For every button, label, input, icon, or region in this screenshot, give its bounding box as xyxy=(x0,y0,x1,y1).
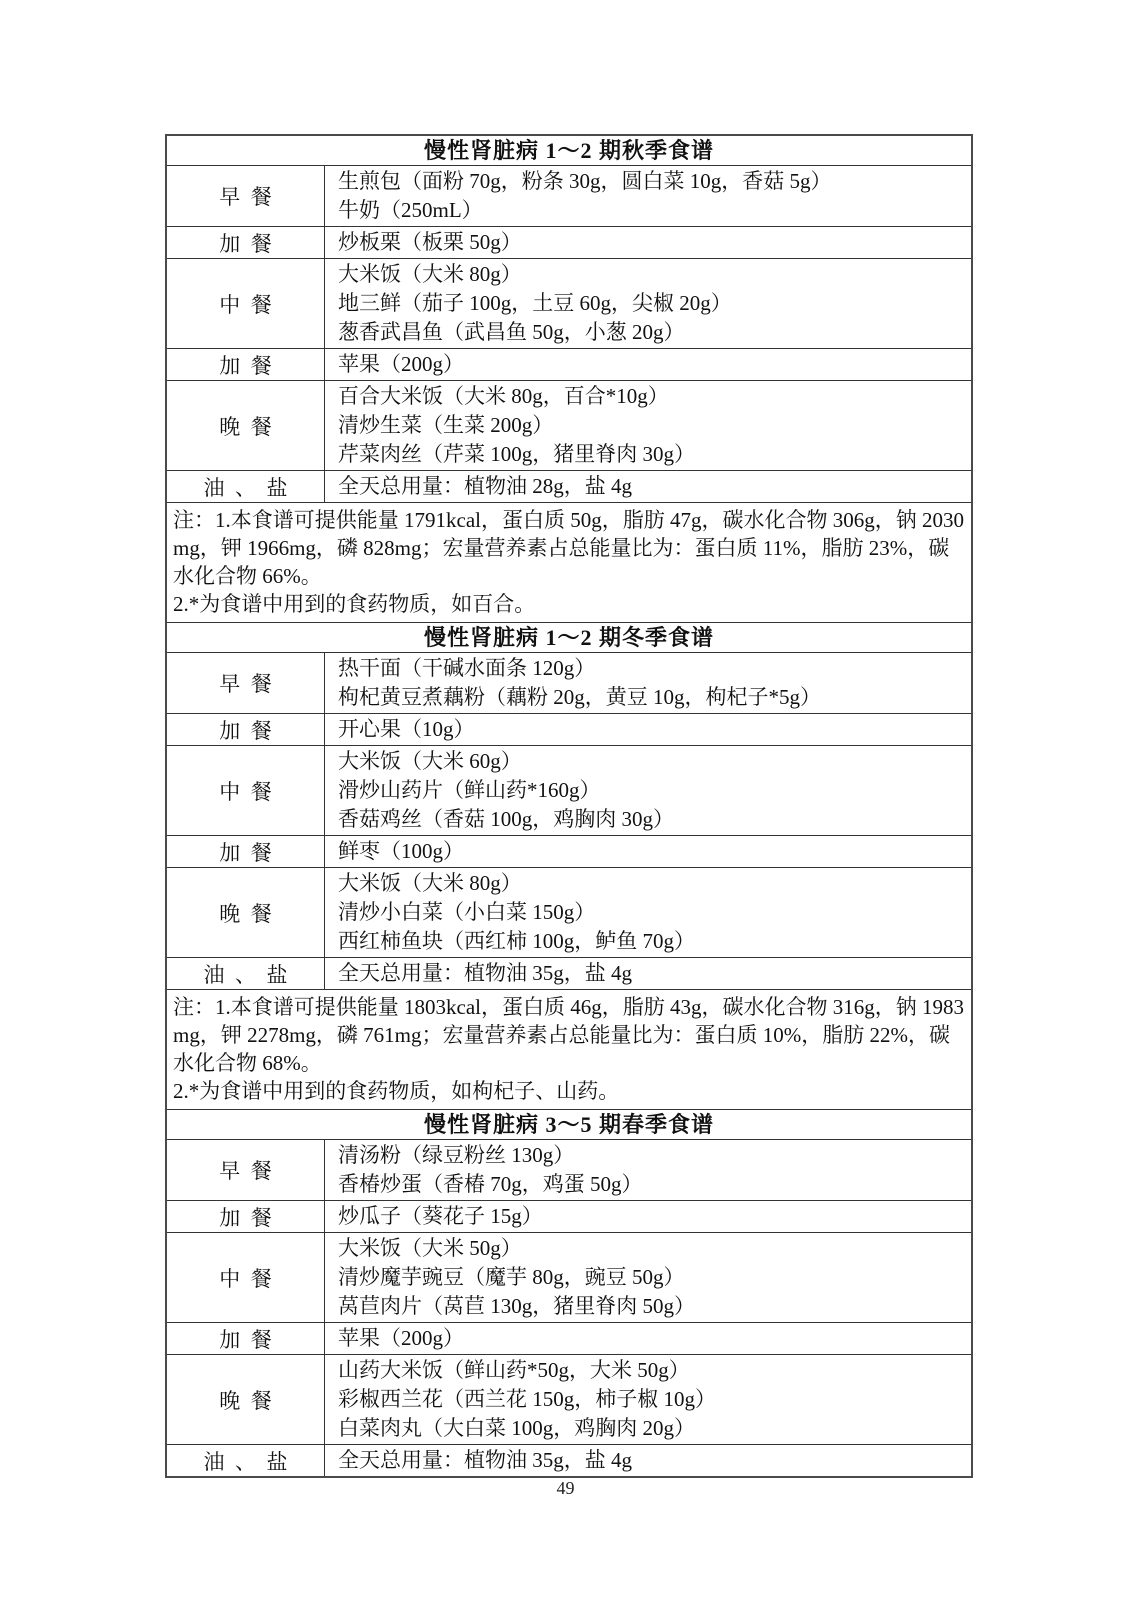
meal-label-cell: 加餐 xyxy=(167,227,325,258)
meal-items-cell: 苹果（200g） xyxy=(325,1323,971,1354)
meal-row: 加餐 鲜枣（100g） xyxy=(167,836,971,868)
meal-item: 大米饭（大米 80g） xyxy=(338,260,963,289)
meal-label: 油、盐 xyxy=(193,1446,298,1476)
meal-items-cell: 山药大米饭（鲜山药*50g，大米 50g）彩椒西兰花（西兰花 150g，柿子椒 … xyxy=(325,1355,971,1444)
meal-label: 晚餐 xyxy=(209,1385,283,1415)
meal-label: 加餐 xyxy=(209,837,283,867)
meal-item: 大米饭（大米 60g） xyxy=(338,747,963,776)
notes-cell: 注：1.本食谱可提供能量 1803kcal，蛋白质 46g，脂肪 43g，碳水化… xyxy=(167,990,971,1110)
meal-items-cell: 鲜枣（100g） xyxy=(325,836,971,867)
meal-label-cell: 加餐 xyxy=(167,836,325,867)
meal-item: 全天总用量：植物油 35g，盐 4g xyxy=(338,1446,963,1475)
meal-item: 开心果（10g） xyxy=(338,715,963,744)
meal-row: 加餐 炒板栗（板栗 50g） xyxy=(167,227,971,259)
meal-item: 清炒生菜（生菜 200g） xyxy=(338,411,963,440)
meal-table: 慢性肾脏病 1～2 期秋季食谱 早餐 生煎包（面粉 70g，粉条 30g，圆白菜… xyxy=(167,136,971,623)
document-page: 慢性肾脏病 1～2 期秋季食谱 早餐 生煎包（面粉 70g，粉条 30g，圆白菜… xyxy=(0,0,1131,1600)
meal-item: 鲜枣（100g） xyxy=(338,837,963,866)
meal-items-cell: 热干面（干碱水面条 120g）枸杞黄豆煮藕粉（藕粉 20g，黄豆 10g，枸杞子… xyxy=(325,653,971,713)
meal-items-cell: 炒板栗（板栗 50g） xyxy=(325,227,971,258)
meal-label-cell: 中餐 xyxy=(167,1233,325,1322)
meal-item: 葱香武昌鱼（武昌鱼 50g，小葱 20g） xyxy=(338,318,963,347)
meal-label-cell: 加餐 xyxy=(167,1201,325,1232)
meal-label: 早餐 xyxy=(209,668,283,698)
meal-item: 热干面（干碱水面条 120g） xyxy=(338,654,963,683)
meal-row: 早餐 生煎包（面粉 70g，粉条 30g，圆白菜 10g，香菇 5g）牛奶（25… xyxy=(167,166,971,227)
meal-item: 全天总用量：植物油 35g，盐 4g xyxy=(338,959,963,988)
meal-label: 加餐 xyxy=(209,228,283,258)
meal-label-cell: 晚餐 xyxy=(167,381,325,470)
meal-label-cell: 晚餐 xyxy=(167,1355,325,1444)
diet-tables-document: 慢性肾脏病 1～2 期秋季食谱 早餐 生煎包（面粉 70g，粉条 30g，圆白菜… xyxy=(165,134,973,1478)
meal-label-cell: 早餐 xyxy=(167,653,325,713)
meal-item: 香菇鸡丝（香菇 100g，鸡胸肉 30g） xyxy=(338,805,963,834)
meal-row: 油、盐 全天总用量：植物油 28g，盐 4g xyxy=(167,471,971,503)
meal-item: 白菜肉丸（大白菜 100g，鸡胸肉 20g） xyxy=(338,1414,963,1443)
meal-label: 加餐 xyxy=(209,1202,283,1232)
meal-row: 加餐 苹果（200g） xyxy=(167,349,971,381)
table-title: 慢性肾脏病 3～5 期春季食谱 xyxy=(167,1110,971,1140)
meal-row: 中餐 大米饭（大米 60g）滑炒山药片（鲜山药*160g）香菇鸡丝（香菇 100… xyxy=(167,746,971,836)
meal-label-cell: 早餐 xyxy=(167,1140,325,1200)
meal-label: 油、盐 xyxy=(193,472,298,502)
meal-item: 炒瓜子（葵花子 15g） xyxy=(338,1202,963,1231)
meal-item: 苹果（200g） xyxy=(338,1324,963,1353)
meal-items-cell: 开心果（10g） xyxy=(325,714,971,745)
meal-item: 西红柿鱼块（西红柿 100g，鲈鱼 70g） xyxy=(338,927,963,956)
meal-table: 慢性肾脏病 1～2 期冬季食谱 早餐 热干面（干碱水面条 120g）枸杞黄豆煮藕… xyxy=(167,623,971,1110)
notes-cell: 注：1.本食谱可提供能量 1791kcal，蛋白质 50g，脂肪 47g，碳水化… xyxy=(167,503,971,623)
meal-items-cell: 大米饭（大米 50g）清炒魔芋豌豆（魔芋 80g，豌豆 50g）莴苣肉片（莴苣 … xyxy=(325,1233,971,1322)
meal-item: 清炒魔芋豌豆（魔芋 80g，豌豆 50g） xyxy=(338,1263,963,1292)
meal-item: 枸杞黄豆煮藕粉（藕粉 20g，黄豆 10g，枸杞子*5g） xyxy=(338,683,963,712)
note-paragraph: 2.*为食谱中用到的食药物质，如枸杞子、山药。 xyxy=(173,1077,965,1105)
note-paragraph: 注：1.本食谱可提供能量 1791kcal，蛋白质 50g，脂肪 47g，碳水化… xyxy=(173,506,965,590)
meal-label-cell: 加餐 xyxy=(167,714,325,745)
meal-item: 牛奶（250mL） xyxy=(338,196,963,225)
meal-row: 加餐 苹果（200g） xyxy=(167,1323,971,1355)
meal-row: 早餐 清汤粉（绿豆粉丝 130g）香椿炒蛋（香椿 70g，鸡蛋 50g） xyxy=(167,1140,971,1201)
meal-items-cell: 苹果（200g） xyxy=(325,349,971,380)
meal-label: 中餐 xyxy=(209,1263,283,1293)
meal-label: 加餐 xyxy=(209,350,283,380)
meal-table: 慢性肾脏病 3～5 期春季食谱 早餐 清汤粉（绿豆粉丝 130g）香椿炒蛋（香椿… xyxy=(167,1110,971,1476)
meal-label: 中餐 xyxy=(209,289,283,319)
meal-row: 中餐 大米饭（大米 80g）地三鲜（茄子 100g，土豆 60g，尖椒 20g）… xyxy=(167,259,971,349)
meal-label-cell: 中餐 xyxy=(167,259,325,348)
meal-items-cell: 全天总用量：植物油 35g，盐 4g xyxy=(325,958,971,989)
meal-items-cell: 百合大米饭（大米 80g，百合*10g）清炒生菜（生菜 200g）芹菜肉丝（芹菜… xyxy=(325,381,971,470)
meal-item: 滑炒山药片（鲜山药*160g） xyxy=(338,776,963,805)
meal-row: 油、盐 全天总用量：植物油 35g，盐 4g xyxy=(167,1445,971,1476)
meal-row: 晚餐 山药大米饭（鲜山药*50g，大米 50g）彩椒西兰花（西兰花 150g，柿… xyxy=(167,1355,971,1445)
meal-items-cell: 清汤粉（绿豆粉丝 130g）香椿炒蛋（香椿 70g，鸡蛋 50g） xyxy=(325,1140,971,1200)
meal-items-cell: 大米饭（大米 80g）地三鲜（茄子 100g，土豆 60g，尖椒 20g）葱香武… xyxy=(325,259,971,348)
meal-label: 晚餐 xyxy=(209,411,283,441)
meal-label: 加餐 xyxy=(209,715,283,745)
meal-label-cell: 加餐 xyxy=(167,1323,325,1354)
meal-label-cell: 加餐 xyxy=(167,349,325,380)
meal-label: 中餐 xyxy=(209,776,283,806)
meal-item: 百合大米饭（大米 80g，百合*10g） xyxy=(338,382,963,411)
table-title: 慢性肾脏病 1～2 期秋季食谱 xyxy=(167,136,971,166)
meal-items-cell: 炒瓜子（葵花子 15g） xyxy=(325,1201,971,1232)
meal-label-cell: 中餐 xyxy=(167,746,325,835)
meal-item: 地三鲜（茄子 100g，土豆 60g，尖椒 20g） xyxy=(338,289,963,318)
meal-row: 晚餐 百合大米饭（大米 80g，百合*10g）清炒生菜（生菜 200g）芹菜肉丝… xyxy=(167,381,971,471)
meal-row: 中餐 大米饭（大米 50g）清炒魔芋豌豆（魔芋 80g，豌豆 50g）莴苣肉片（… xyxy=(167,1233,971,1323)
meal-items-cell: 生煎包（面粉 70g，粉条 30g，圆白菜 10g，香菇 5g）牛奶（250mL… xyxy=(325,166,971,226)
meal-item: 芹菜肉丝（芹菜 100g，猪里脊肉 30g） xyxy=(338,440,963,469)
meal-item: 山药大米饭（鲜山药*50g，大米 50g） xyxy=(338,1356,963,1385)
meal-item: 生煎包（面粉 70g，粉条 30g，圆白菜 10g，香菇 5g） xyxy=(338,167,963,196)
meal-item: 清炒小白菜（小白菜 150g） xyxy=(338,898,963,927)
meal-item: 香椿炒蛋（香椿 70g，鸡蛋 50g） xyxy=(338,1170,963,1199)
meal-item: 全天总用量：植物油 28g，盐 4g xyxy=(338,472,963,501)
meal-item: 大米饭（大米 50g） xyxy=(338,1234,963,1263)
meal-label: 早餐 xyxy=(209,1155,283,1185)
meal-item: 大米饭（大米 80g） xyxy=(338,869,963,898)
page-number: 49 xyxy=(0,1478,1131,1499)
meal-row: 加餐 开心果（10g） xyxy=(167,714,971,746)
meal-label-cell: 油、盐 xyxy=(167,958,325,989)
meal-item: 莴苣肉片（莴苣 130g，猪里脊肉 50g） xyxy=(338,1292,963,1321)
meal-label: 早餐 xyxy=(209,181,283,211)
meal-label-cell: 油、盐 xyxy=(167,1445,325,1476)
meal-label-cell: 油、盐 xyxy=(167,471,325,502)
meal-label: 晚餐 xyxy=(209,898,283,928)
meal-row: 晚餐 大米饭（大米 80g）清炒小白菜（小白菜 150g）西红柿鱼块（西红柿 1… xyxy=(167,868,971,958)
meal-row: 早餐 热干面（干碱水面条 120g）枸杞黄豆煮藕粉（藕粉 20g，黄豆 10g，… xyxy=(167,653,971,714)
note-paragraph: 2.*为食谱中用到的食药物质，如百合。 xyxy=(173,590,965,618)
meal-items-cell: 全天总用量：植物油 35g，盐 4g xyxy=(325,1445,971,1476)
table-title: 慢性肾脏病 1～2 期冬季食谱 xyxy=(167,623,971,653)
meal-label: 加餐 xyxy=(209,1324,283,1354)
meal-item: 彩椒西兰花（西兰花 150g，柿子椒 10g） xyxy=(338,1385,963,1414)
meal-items-cell: 全天总用量：植物油 28g，盐 4g xyxy=(325,471,971,502)
meal-items-cell: 大米饭（大米 80g）清炒小白菜（小白菜 150g）西红柿鱼块（西红柿 100g… xyxy=(325,868,971,957)
meal-item: 炒板栗（板栗 50g） xyxy=(338,228,963,257)
note-paragraph: 注：1.本食谱可提供能量 1803kcal，蛋白质 46g，脂肪 43g，碳水化… xyxy=(173,993,965,1077)
meal-item: 苹果（200g） xyxy=(338,350,963,379)
meal-label: 油、盐 xyxy=(193,959,298,989)
meal-label-cell: 早餐 xyxy=(167,166,325,226)
meal-items-cell: 大米饭（大米 60g）滑炒山药片（鲜山药*160g）香菇鸡丝（香菇 100g，鸡… xyxy=(325,746,971,835)
meal-label-cell: 晚餐 xyxy=(167,868,325,957)
meal-row: 加餐 炒瓜子（葵花子 15g） xyxy=(167,1201,971,1233)
meal-row: 油、盐 全天总用量：植物油 35g，盐 4g xyxy=(167,958,971,990)
meal-item: 清汤粉（绿豆粉丝 130g） xyxy=(338,1141,963,1170)
